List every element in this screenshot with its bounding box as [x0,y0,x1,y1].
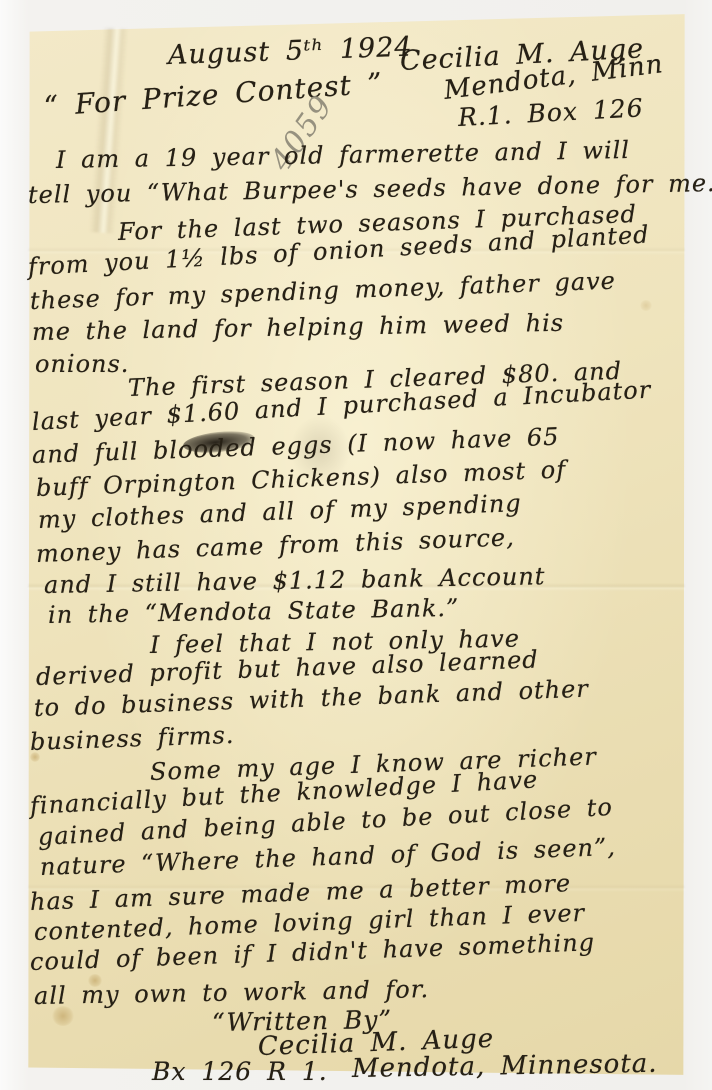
signature-address-box: Bx 126 R 1. [152,1057,328,1086]
handwritten-line: I am a 19 year old farmerette and I will [56,136,630,174]
handwriting-layer: August 5ᵗʰ 1924Cecilia M. AugeMendota, M… [0,0,712,1090]
handwritten-line: business firms. [30,721,235,756]
date-line: August 5ᵗʰ 1924 [167,31,413,71]
handwritten-line: in the “Mendota State Bank.” [48,594,460,629]
handwritten-line: and I still have $1.12 bank Account [44,562,546,599]
handwritten-line: me the land for helping him weed his [32,309,565,346]
handwritten-line: onions. [35,350,129,378]
signature-city-line: Mendota, Minnesota. [352,1049,658,1084]
